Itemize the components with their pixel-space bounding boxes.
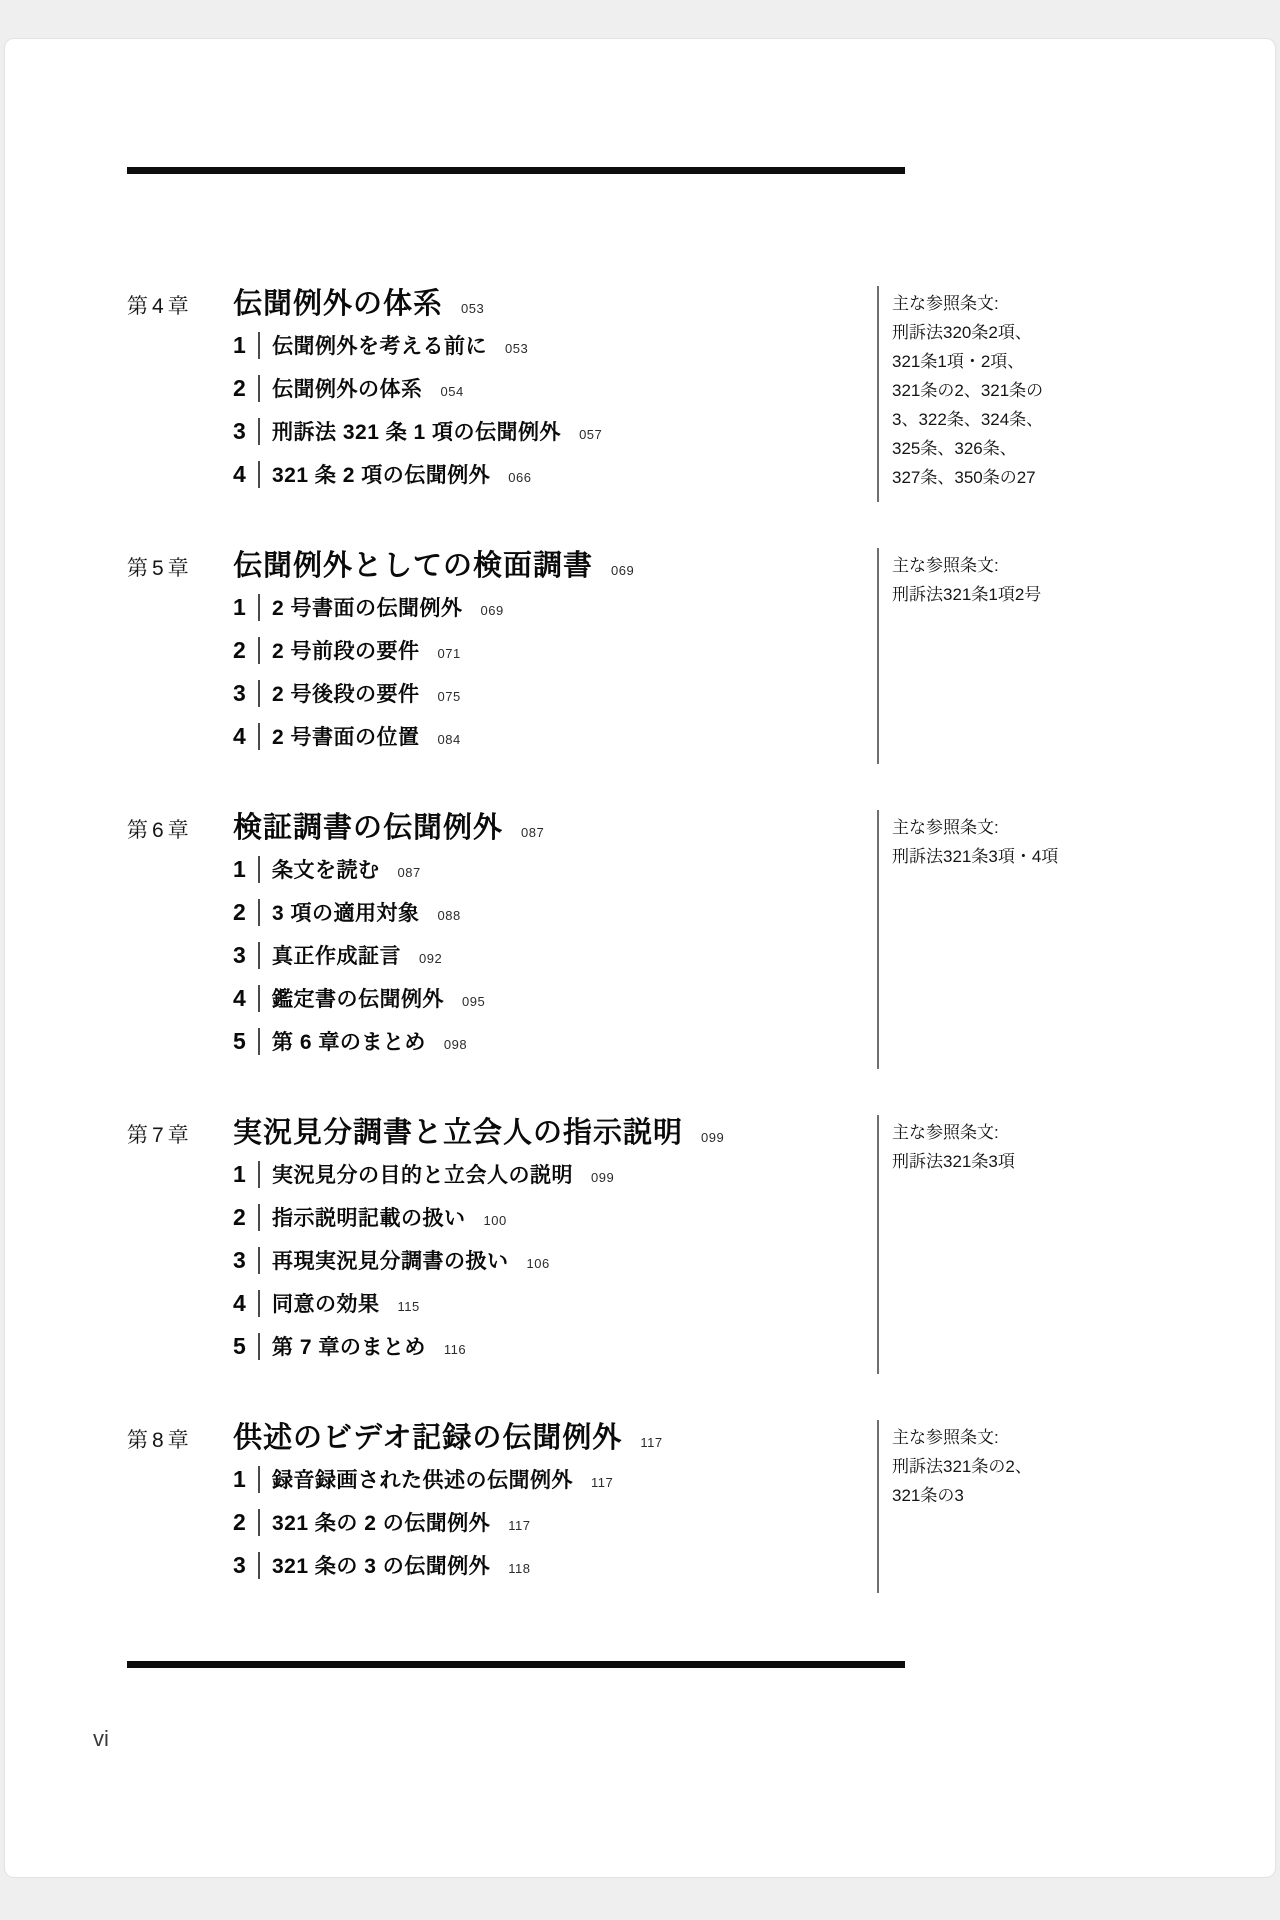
page-footer-number: vi (93, 1726, 1275, 1752)
chapter-title: 伝聞例外としての検面調書 (233, 548, 593, 584)
reference-column: 主な参照条文: 刑訴法321条の2、 321条の3 (877, 1420, 1085, 1593)
chapter-label: 第5章 (127, 552, 233, 582)
section-number: 4 (233, 461, 253, 488)
viewer-background: 第4章 伝聞例外の体系 053 1 伝聞例外を考える前に 053 2 伝聞例外の… (0, 0, 1280, 1920)
section-title: 鑑定書の伝聞例外 (272, 983, 444, 1013)
section-divider (258, 1247, 260, 1274)
reference-lines: 刑訴法320条2項、 321条1項・2項、 321条の2、321条の 3、322… (892, 318, 1085, 492)
section-title: 同意の効果 (272, 1288, 380, 1318)
reference-label: 主な参照条文: (892, 813, 1085, 842)
toc-section-row: 1 2 号書面の伝聞例外 069 (233, 592, 877, 622)
section-divider (258, 461, 260, 488)
section-page-number: 117 (591, 1475, 613, 1490)
chapter-main: 第4章 伝聞例外の体系 053 1 伝聞例外を考える前に 053 2 伝聞例外の… (127, 286, 877, 502)
reference-lines: 刑訴法321条3項 (892, 1147, 1085, 1176)
bottom-rule (127, 1661, 905, 1668)
section-page-number: 087 (398, 865, 421, 880)
section-title: 3 項の適用対象 (272, 897, 420, 927)
reference-line: 325条、326条、 (892, 434, 1085, 463)
section-divider (258, 375, 260, 402)
reference-label: 主な参照条文: (892, 1118, 1085, 1147)
section-title: 伝聞例外を考える前に (272, 330, 487, 360)
section-divider (258, 856, 260, 883)
toc-section-row: 1 録音録画された供述の伝聞例外 117 (233, 1464, 877, 1494)
section-title: 321 条の 3 の伝聞例外 (272, 1550, 490, 1580)
toc-section-row: 4 同意の効果 115 (233, 1288, 877, 1318)
section-title: 再現実況見分調書の扱い (272, 1245, 509, 1275)
toc-section-row: 5 第 6 章のまとめ 098 (233, 1026, 877, 1056)
section-title: 2 号書面の位置 (272, 721, 420, 751)
reference-line: 刑訴法321条3項 (892, 1147, 1085, 1176)
toc-section-row: 2 伝聞例外の体系 054 (233, 373, 877, 403)
chapter-main: 第5章 伝聞例外としての検面調書 069 1 2 号書面の伝聞例外 069 2 … (127, 548, 877, 764)
chapter-main: 第8章 供述のビデオ記録の伝聞例外 117 1 録音録画された供述の伝聞例外 1… (127, 1420, 877, 1593)
reference-line: 刑訴法321条3項・4項 (892, 842, 1085, 871)
toc-section-row: 3 321 条の 3 の伝聞例外 118 (233, 1550, 877, 1580)
reference-column: 主な参照条文: 刑訴法321条1項2号 (877, 548, 1085, 764)
section-page-number: 084 (438, 732, 461, 747)
section-number: 1 (233, 1161, 253, 1188)
reference-line: 327条、350条の27 (892, 463, 1085, 492)
section-divider (258, 723, 260, 750)
section-divider (258, 985, 260, 1012)
chapter-page-number: 069 (611, 563, 634, 578)
chapter-main: 第6章 検証調書の伝聞例外 087 1 条文を読む 087 2 3 項の適用対象… (127, 810, 877, 1069)
section-page-number: 066 (508, 470, 531, 485)
reference-line: 321条の2、321条の (892, 376, 1085, 405)
toc-section-row: 2 3 項の適用対象 088 (233, 897, 877, 927)
chapter-label: 第8章 (127, 1424, 233, 1454)
section-list: 1 録音録画された供述の伝聞例外 117 2 321 条の 2 の伝聞例外 11… (127, 1464, 877, 1580)
section-divider (258, 1466, 260, 1493)
section-page-number: 118 (508, 1561, 530, 1576)
chapter-title: 伝聞例外の体系 (233, 286, 443, 322)
chapter-page-number: 087 (521, 825, 544, 840)
toc-section-row: 3 刑訴法 321 条 1 項の伝聞例外 057 (233, 416, 877, 446)
section-number: 2 (233, 1509, 253, 1536)
chapter-page-number: 053 (461, 301, 484, 316)
chapter-title: 供述のビデオ記録の伝聞例外 (233, 1420, 622, 1456)
section-number: 1 (233, 332, 253, 359)
toc-chapter: 第4章 伝聞例外の体系 053 1 伝聞例外を考える前に 053 2 伝聞例外の… (127, 286, 1085, 502)
chapter-label: 第4章 (127, 290, 233, 320)
reference-lines: 刑訴法321条1項2号 (892, 580, 1085, 609)
section-page-number: 116 (444, 1342, 466, 1357)
chapter-title: 検証調書の伝聞例外 (233, 810, 503, 846)
section-number: 2 (233, 899, 253, 926)
reference-label: 主な参照条文: (892, 1423, 1085, 1452)
toc-chapter: 第6章 検証調書の伝聞例外 087 1 条文を読む 087 2 3 項の適用対象… (127, 810, 1085, 1069)
section-page-number: 088 (438, 908, 461, 923)
section-list: 1 実況見分の目的と立会人の説明 099 2 指示説明記載の扱い 100 3 再… (127, 1159, 877, 1361)
section-page-number: 095 (462, 994, 485, 1009)
section-divider (258, 594, 260, 621)
toc-chapter: 第5章 伝聞例外としての検面調書 069 1 2 号書面の伝聞例外 069 2 … (127, 548, 1085, 764)
section-list: 1 条文を読む 087 2 3 項の適用対象 088 3 真正作成証言 092 … (127, 854, 877, 1056)
section-divider (258, 942, 260, 969)
chapter-header: 第4章 伝聞例外の体系 053 (127, 286, 877, 322)
toc-section-row: 4 2 号書面の位置 084 (233, 721, 877, 751)
section-number: 2 (233, 375, 253, 402)
toc-section-row: 2 321 条の 2 の伝聞例外 117 (233, 1507, 877, 1537)
toc-section-row: 4 鑑定書の伝聞例外 095 (233, 983, 877, 1013)
section-divider (258, 1552, 260, 1579)
chapter-list: 第4章 伝聞例外の体系 053 1 伝聞例外を考える前に 053 2 伝聞例外の… (127, 286, 1085, 1593)
section-page-number: 054 (441, 384, 464, 399)
section-divider (258, 637, 260, 664)
section-list: 1 2 号書面の伝聞例外 069 2 2 号前段の要件 071 3 2 号後段の… (127, 592, 877, 751)
section-page-number: 071 (438, 646, 461, 661)
chapter-header: 第5章 伝聞例外としての検面調書 069 (127, 548, 877, 584)
toc-section-row: 1 実況見分の目的と立会人の説明 099 (233, 1159, 877, 1189)
section-number: 5 (233, 1333, 253, 1360)
section-title: 録音録画された供述の伝聞例外 (272, 1464, 573, 1494)
section-divider (258, 1509, 260, 1536)
section-title: 伝聞例外の体系 (272, 373, 423, 403)
section-title: 第 6 章のまとめ (272, 1026, 426, 1056)
toc-chapter: 第8章 供述のビデオ記録の伝聞例外 117 1 録音録画された供述の伝聞例外 1… (127, 1420, 1085, 1593)
section-number: 4 (233, 1290, 253, 1317)
reference-lines: 刑訴法321条の2、 321条の3 (892, 1452, 1085, 1510)
section-list: 1 伝聞例外を考える前に 053 2 伝聞例外の体系 054 3 刑訴法 321… (127, 330, 877, 489)
section-title: 2 号前段の要件 (272, 635, 420, 665)
section-page-number: 099 (591, 1170, 614, 1185)
section-number: 3 (233, 942, 253, 969)
section-page-number: 098 (444, 1037, 467, 1052)
section-title: 指示説明記載の扱い (272, 1202, 466, 1232)
section-page-number: 075 (438, 689, 461, 704)
section-number: 1 (233, 856, 253, 883)
toc-section-row: 2 指示説明記載の扱い 100 (233, 1202, 877, 1232)
toc-section-row: 1 条文を読む 087 (233, 854, 877, 884)
toc-section-row: 2 2 号前段の要件 071 (233, 635, 877, 665)
section-divider (258, 1290, 260, 1317)
chapter-header: 第7章 実況見分調書と立会人の指示説明 099 (127, 1115, 877, 1151)
section-title: 2 号書面の伝聞例外 (272, 592, 463, 622)
section-divider (258, 418, 260, 445)
section-page-number: 053 (505, 341, 528, 356)
top-rule (127, 167, 905, 174)
reference-lines: 刑訴法321条3項・4項 (892, 842, 1085, 871)
reference-line: 刑訴法321条の2、 (892, 1452, 1085, 1481)
reference-line: 刑訴法321条1項2号 (892, 580, 1085, 609)
reference-column: 主な参照条文: 刑訴法321条3項・4項 (877, 810, 1085, 1069)
chapter-title: 実況見分調書と立会人の指示説明 (233, 1115, 683, 1151)
chapter-label: 第6章 (127, 814, 233, 844)
reference-label: 主な参照条文: (892, 289, 1085, 318)
chapter-main: 第7章 実況見分調書と立会人の指示説明 099 1 実況見分の目的と立会人の説明… (127, 1115, 877, 1374)
toc-section-row: 4 321 条 2 項の伝聞例外 066 (233, 459, 877, 489)
toc-section-row: 3 2 号後段の要件 075 (233, 678, 877, 708)
section-number: 1 (233, 594, 253, 621)
section-divider (258, 1333, 260, 1360)
toc-chapter: 第7章 実況見分調書と立会人の指示説明 099 1 実況見分の目的と立会人の説明… (127, 1115, 1085, 1374)
section-number: 3 (233, 680, 253, 707)
chapter-page-number: 099 (701, 1130, 724, 1145)
section-page-number: 100 (484, 1213, 507, 1228)
reference-line: 3、322条、324条、 (892, 405, 1085, 434)
section-page-number: 106 (527, 1256, 550, 1271)
reference-line: 321条1項・2項、 (892, 347, 1085, 376)
chapter-header: 第8章 供述のビデオ記録の伝聞例外 117 (127, 1420, 877, 1456)
section-number: 4 (233, 723, 253, 750)
section-number: 4 (233, 985, 253, 1012)
reference-column: 主な参照条文: 刑訴法320条2項、 321条1項・2項、 321条の2、321… (877, 286, 1085, 502)
reference-line: 321条の3 (892, 1481, 1085, 1510)
section-number: 1 (233, 1466, 253, 1493)
section-page-number: 069 (481, 603, 504, 618)
section-title: 321 条の 2 の伝聞例外 (272, 1507, 490, 1537)
reference-column: 主な参照条文: 刑訴法321条3項 (877, 1115, 1085, 1374)
section-divider (258, 1204, 260, 1231)
section-title: 321 条 2 項の伝聞例外 (272, 459, 490, 489)
section-number: 3 (233, 1552, 253, 1579)
section-number: 3 (233, 1247, 253, 1274)
chapter-page-number: 117 (640, 1435, 662, 1450)
section-page-number: 057 (579, 427, 602, 442)
section-title: 条文を読む (272, 854, 380, 884)
section-title: 実況見分の目的と立会人の説明 (272, 1159, 573, 1189)
section-page-number: 115 (398, 1299, 420, 1314)
toc-content: 第4章 伝聞例外の体系 053 1 伝聞例外を考える前に 053 2 伝聞例外の… (5, 167, 1085, 1668)
section-number: 2 (233, 637, 253, 664)
toc-page: 第4章 伝聞例外の体系 053 1 伝聞例外を考える前に 053 2 伝聞例外の… (4, 38, 1276, 1878)
chapter-label: 第7章 (127, 1119, 233, 1149)
chapter-header: 第6章 検証調書の伝聞例外 087 (127, 810, 877, 846)
reference-label: 主な参照条文: (892, 551, 1085, 580)
section-page-number: 092 (419, 951, 442, 966)
section-title: 第 7 章のまとめ (272, 1331, 426, 1361)
reference-line: 刑訴法320条2項、 (892, 318, 1085, 347)
section-divider (258, 1028, 260, 1055)
toc-section-row: 3 真正作成証言 092 (233, 940, 877, 970)
toc-section-row: 3 再現実況見分調書の扱い 106 (233, 1245, 877, 1275)
section-divider (258, 899, 260, 926)
section-divider (258, 332, 260, 359)
toc-section-row: 5 第 7 章のまとめ 116 (233, 1331, 877, 1361)
section-divider (258, 680, 260, 707)
toc-section-row: 1 伝聞例外を考える前に 053 (233, 330, 877, 360)
section-number: 5 (233, 1028, 253, 1055)
section-title: 真正作成証言 (272, 940, 401, 970)
section-number: 3 (233, 418, 253, 445)
section-title: 2 号後段の要件 (272, 678, 420, 708)
section-title: 刑訴法 321 条 1 項の伝聞例外 (272, 416, 561, 446)
section-page-number: 117 (508, 1518, 530, 1533)
section-divider (258, 1161, 260, 1188)
section-number: 2 (233, 1204, 253, 1231)
